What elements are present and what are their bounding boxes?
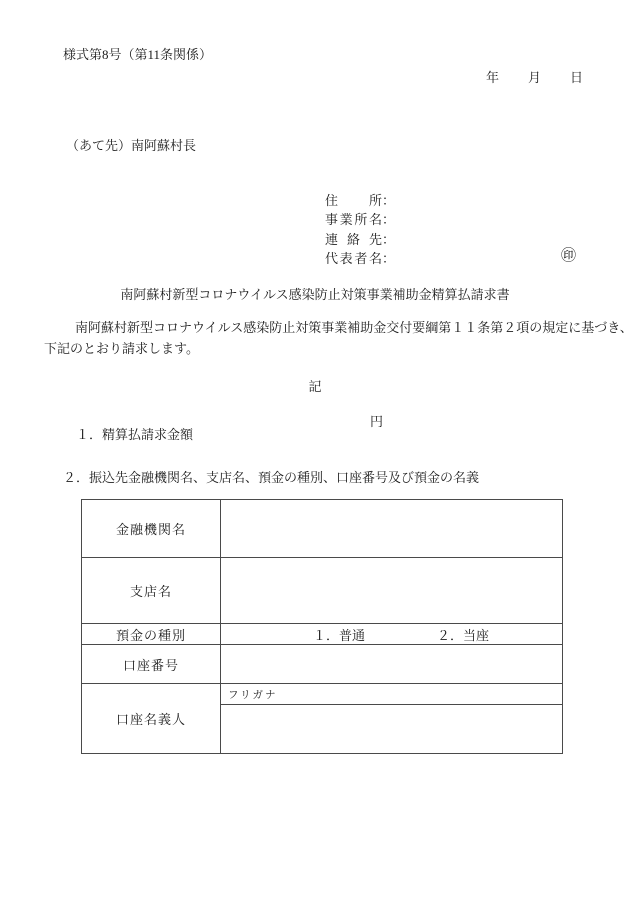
table-row-branch-name: 支店名 bbox=[82, 557, 562, 623]
field-colon: ： bbox=[382, 233, 395, 246]
form-number: 様式第8号（第11条関係） bbox=[63, 48, 212, 61]
deposit-type-label: 預金の種別 bbox=[82, 624, 221, 644]
account-number-label: 口座番号 bbox=[82, 645, 221, 683]
month-label: 月 bbox=[528, 71, 541, 84]
body-line-2: 下記のとおり請求します。 bbox=[44, 342, 199, 355]
addressee: （あて先）南阿蘇村長 bbox=[66, 139, 196, 152]
account-number-value bbox=[221, 645, 562, 683]
field-colon: ： bbox=[382, 252, 395, 265]
branch-name-label: 支店名 bbox=[82, 558, 221, 623]
document-page: 様式第8号（第11条関係） 年 月 日 （あて先）南阿蘇村長 住所： 事業所名：… bbox=[0, 0, 630, 903]
amount-item: １．精算払請求金額 bbox=[63, 415, 193, 454]
furigana-label: フリガナ bbox=[228, 687, 277, 702]
address-label: 住所 bbox=[325, 194, 382, 207]
table-row-deposit-type: 預金の種別 １．普通 ２．当座 bbox=[82, 623, 562, 644]
table-row-bank-name: 金融機関名 bbox=[82, 500, 562, 557]
table-row-account-holder: 口座名義人 フリガナ bbox=[82, 683, 562, 753]
field-colon: ： bbox=[382, 194, 395, 207]
seal-stamp-icon: ㊞ bbox=[561, 249, 576, 264]
deposit-type-value: １．普通 ２．当座 bbox=[221, 624, 562, 644]
applicant-row-contact: 連絡先： bbox=[325, 233, 515, 252]
year-label: 年 bbox=[486, 71, 499, 84]
applicant-row-business-name: 事業所名： bbox=[325, 213, 515, 232]
applicant-block: 住所： 事業所名： 連絡先： 代表者名： bbox=[325, 194, 515, 272]
deposit-option-current: ２．当座 bbox=[437, 625, 489, 644]
bank-name-value bbox=[221, 500, 562, 557]
business-name-label: 事業所名 bbox=[325, 213, 382, 226]
bank-section-heading: ２．振込先金融機関名、支店名、預金の種別、口座番号及び預金の名義 bbox=[63, 471, 479, 484]
amount-unit: 円 bbox=[370, 415, 383, 428]
bank-name-label: 金融機関名 bbox=[82, 500, 221, 557]
deposit-option-ordinary: １．普通 bbox=[313, 625, 365, 644]
furigana-row: フリガナ bbox=[221, 684, 562, 705]
applicant-row-address: 住所： bbox=[325, 194, 515, 213]
account-holder-value bbox=[221, 705, 562, 753]
account-holder-value-cell: フリガナ bbox=[221, 684, 562, 753]
field-colon: ： bbox=[382, 213, 395, 226]
table-row-account-number: 口座番号 bbox=[82, 644, 562, 683]
day-label: 日 bbox=[570, 71, 583, 84]
representative-label: 代表者名 bbox=[325, 252, 382, 265]
record-marker: 記 bbox=[0, 380, 630, 393]
branch-name-value bbox=[221, 558, 562, 623]
contact-label: 連絡先 bbox=[325, 233, 382, 246]
amount-label: １．精算払請求金額 bbox=[76, 427, 193, 442]
body-line-1: 南阿蘇村新型コロナウイルス感染防止対策事業補助金交付要綱第１１条第２項の規定に基… bbox=[75, 321, 630, 334]
document-title: 南阿蘇村新型コロナウイルス感染防止対策事業補助金精算払請求書 bbox=[0, 288, 630, 301]
date-line: 年 月 日 bbox=[486, 71, 583, 84]
applicant-row-representative: 代表者名： bbox=[325, 252, 515, 271]
account-holder-label: 口座名義人 bbox=[82, 684, 221, 753]
bank-table: 金融機関名 支店名 預金の種別 １．普通 ２．当座 口座番号 口座名義人 フリガ… bbox=[81, 499, 563, 754]
